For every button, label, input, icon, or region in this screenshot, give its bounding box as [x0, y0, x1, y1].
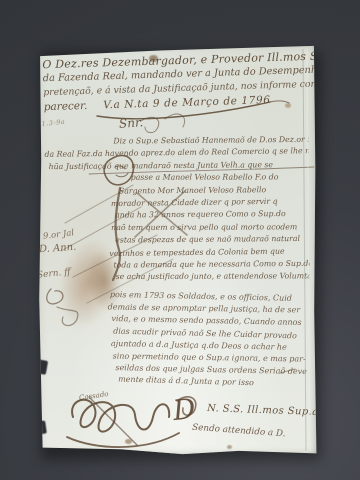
petition-line: se acha justificado junto, e attendendos… — [116, 271, 310, 284]
salutation: Snr. — [119, 115, 144, 131]
paper-edge-tear — [35, 359, 48, 375]
signature-formula: N. S.S. Ill.mos Sup.a — [207, 403, 319, 418]
petition-line: passe a Manoel Veloso Rabello F.o do — [131, 172, 309, 185]
despatch-parecer: parecer. — [44, 99, 88, 112]
closing-block: pois em 1793 os Soldados, e os officios,… — [106, 289, 308, 391]
despatch-block: O Dez.res Dezembargador, e Provedor Ill.… — [42, 49, 314, 115]
photo-background: O Dez.res Dezembargador, e Provedor Ill.… — [0, 0, 360, 480]
ink-speck — [125, 439, 132, 444]
petition-line: vezinhos e tempestades da Colonia bem qu… — [109, 245, 309, 260]
archival-reference-note: 91.3-9a — [37, 118, 66, 128]
ink-speck — [227, 445, 232, 449]
signature-initial: D — [171, 392, 197, 427]
petition-line: anda ha 32 annos requereo Como o Sup.do — [115, 208, 309, 222]
cancellation-note: Cassado — [79, 390, 109, 402]
petition-block: Diz o Sup.e Sebastiaõ Hannemaõ de D.os D… — [44, 134, 309, 285]
despatch-dateline: V.a N.ta 9 de Março de 1796 — [103, 94, 271, 111]
petition-line: naõ tem quem o sirva pello qual morto ac… — [111, 221, 309, 234]
signature-final-line: Sendo attendido a D. — [192, 423, 286, 440]
manuscript-paper: O Dez.res Dezembargador, e Provedor Ill.… — [37, 45, 317, 455]
